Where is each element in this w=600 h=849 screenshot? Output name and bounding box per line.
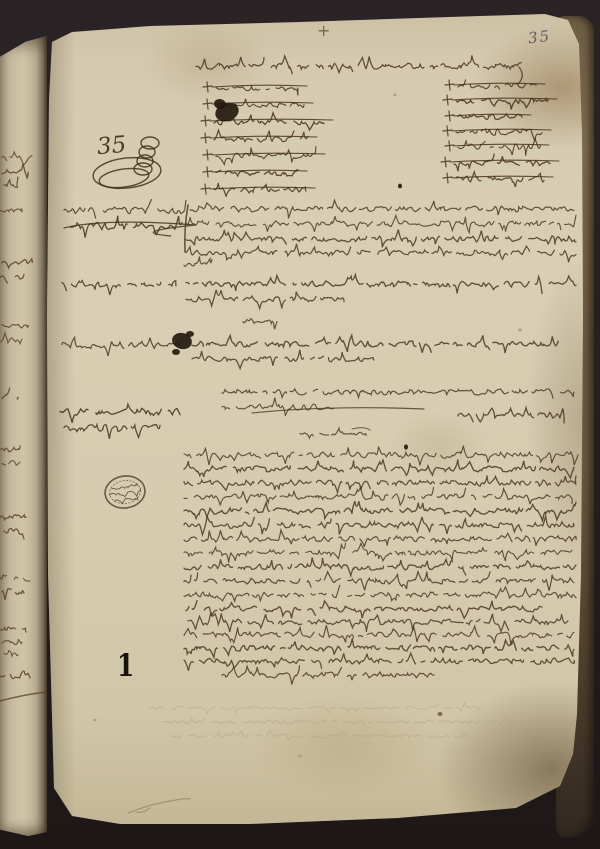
ink-blot — [404, 444, 408, 449]
folio-number: 35 — [527, 27, 552, 48]
item-number-stamp: 1 — [117, 648, 134, 684]
paragraph-4 — [222, 389, 574, 423]
heading-line — [196, 55, 521, 73]
centered-line — [300, 428, 366, 438]
paragraph-1 — [184, 200, 576, 266]
facing-page-text-fragments — [0, 152, 32, 679]
manuscript-photo: + 35 35 1 — [0, 0, 600, 849]
show-through-ghost-lines — [150, 703, 518, 741]
ink-blot — [393, 94, 396, 97]
ink-blot — [518, 328, 522, 331]
paragraph-1-bracket — [185, 205, 188, 252]
ink-blot — [298, 754, 302, 757]
margin-folio-number: 35 — [96, 132, 127, 160]
ink-blot — [172, 349, 180, 355]
paragraph-3 — [192, 335, 558, 368]
margin-note-3 — [62, 337, 180, 356]
ink-blot — [186, 331, 194, 337]
ink-blot — [398, 184, 402, 189]
archive-stamp — [103, 473, 147, 510]
paragraph-5 — [184, 446, 578, 619]
margin-note-2 — [62, 281, 176, 295]
handwriting-layer — [0, 0, 600, 849]
facing-page-diagonal-stroke — [0, 692, 46, 701]
margin-note-4 — [60, 404, 180, 439]
collation-cross-mark: + — [317, 21, 330, 40]
pen-trial-mark — [128, 799, 190, 813]
paragraph-6 — [184, 613, 574, 684]
paragraph-4-flourish — [252, 408, 424, 413]
ink-blot — [93, 719, 96, 722]
margin-note-1 — [64, 200, 196, 238]
cancelled-list-right — [441, 80, 559, 187]
heading-tail-flourish — [518, 67, 522, 84]
centered-word — [243, 319, 277, 329]
centered-line-tail — [352, 428, 370, 430]
ink-blot — [438, 712, 443, 716]
paragraph-2 — [186, 275, 576, 309]
